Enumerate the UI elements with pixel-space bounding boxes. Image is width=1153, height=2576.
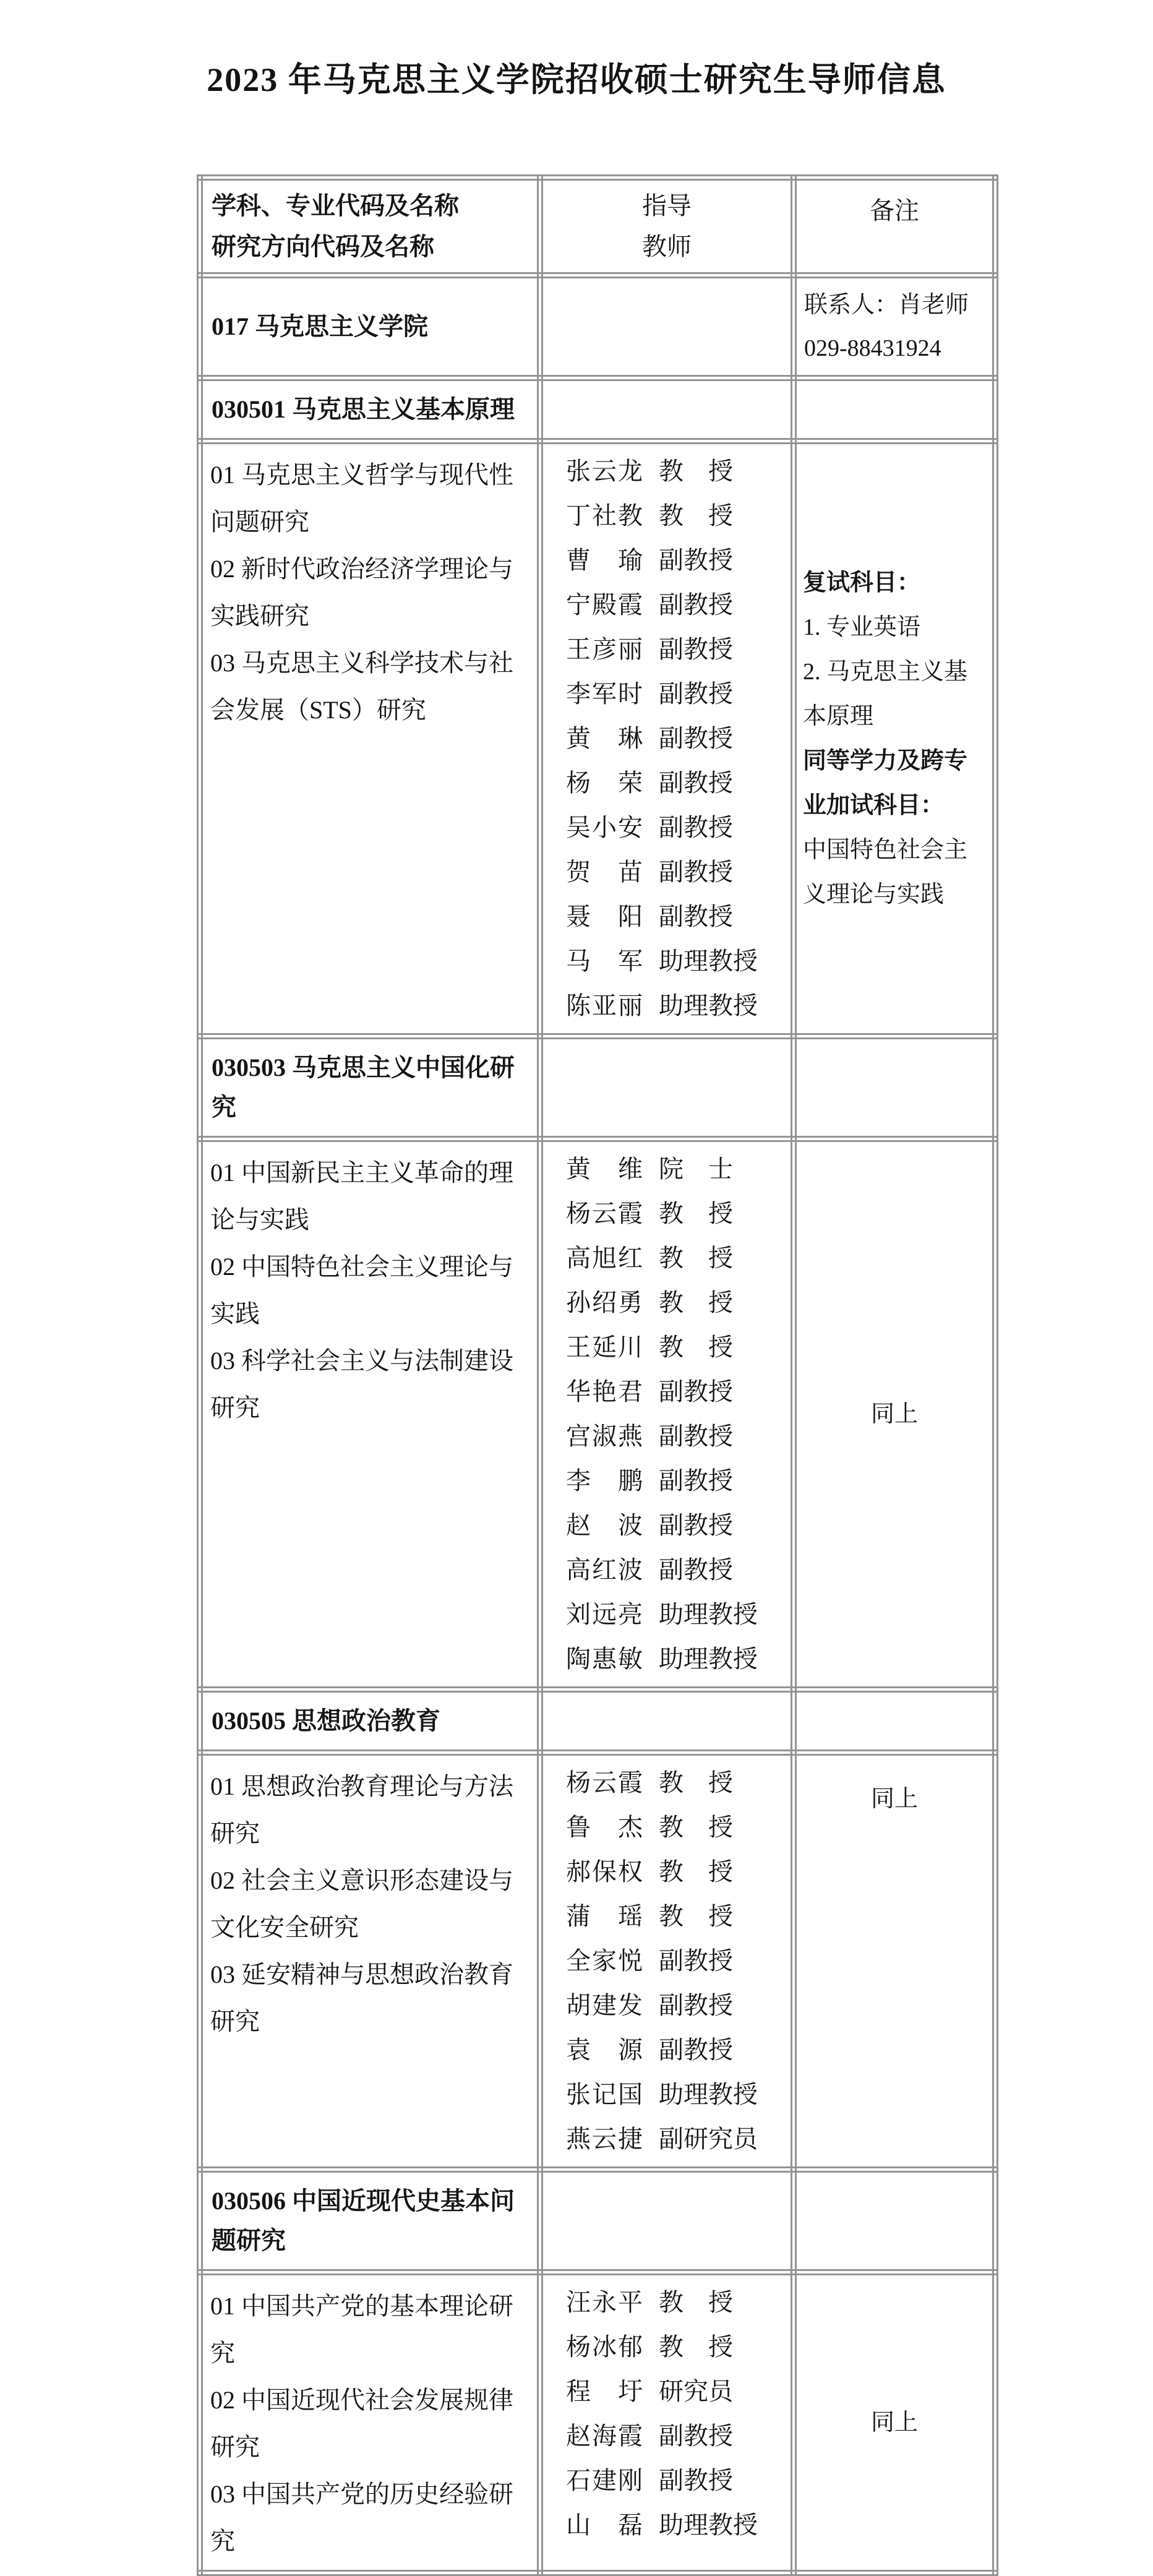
remark-cell: 同上: [794, 1139, 995, 1689]
teacher-title: 副教授: [659, 1459, 768, 1503]
section-empty-remark-cell: [794, 2170, 995, 2272]
remark-line: 2. 马克思主义基本原理: [803, 650, 986, 739]
teacher-line: 程圩研究员: [543, 2369, 791, 2414]
teacher-line: 王彦丽副教授: [543, 627, 791, 672]
teacher-name: 刘远亮: [566, 1592, 643, 1637]
teacher-line: 张云龙教 授: [543, 449, 791, 494]
teacher-title: 教 授: [659, 2280, 768, 2325]
teacher-title: 教 授: [659, 2325, 768, 2369]
teacher-name: 张记国: [566, 2072, 643, 2117]
directions-cell: 01 思想政治教育理论与方法研究02 社会主义意识形态建设与文化安全研究03 延…: [200, 1753, 540, 2170]
college-row: 017 马克思主义学院 联系人：肖老师 029-88431924: [200, 275, 995, 378]
teacher-title: 副教授: [659, 672, 768, 716]
section-code-cell: 030503 马克思主义中国化研究: [200, 1036, 540, 1139]
teacher-line: 宫淑燕副教授: [543, 1414, 791, 1459]
teacher-line: 杨云霞教 授: [543, 1191, 791, 1236]
remark-cell: 同上: [794, 1753, 995, 2170]
teacher-name: 燕云捷: [566, 2117, 643, 2162]
teacher-name: 杨云霞: [566, 1761, 643, 1805]
college-name-cell: 017 马克思主义学院: [200, 275, 540, 378]
section-empty-remark-cell: [794, 1689, 995, 1753]
teacher-line: 鲁杰教 授: [543, 1805, 791, 1850]
teacher-title: 副教授: [659, 538, 768, 583]
teacher-line: 山磊助理教授: [543, 2503, 791, 2548]
teacher-title: 教 授: [659, 1236, 768, 1281]
teachers-cell: 张云龙教 授丁社教教 授曹瑜副教授宁殿霞副教授王彦丽副教授李军时副教授黄琳副教授…: [540, 441, 794, 1036]
teacher-title: 教 授: [659, 494, 768, 538]
teacher-name: 高红波: [566, 1548, 643, 1592]
teacher-title: 副教授: [659, 805, 768, 850]
teacher-line: 高旭红教 授: [543, 1236, 791, 1281]
header-remark-cell: 备注: [794, 178, 995, 275]
teacher-title: 助理教授: [659, 2072, 768, 2117]
teacher-line: 陈亚丽助理教授: [543, 984, 791, 1028]
teacher-title: 教 授: [659, 449, 768, 494]
teacher-line: 曹瑜副教授: [543, 538, 791, 583]
direction-line: 02 社会主义意识形态建设与文化安全研究: [210, 1857, 529, 1951]
header-subject-line1: 学科、专业代码及名称: [212, 186, 529, 226]
section-empty-teacher-cell: [540, 1036, 794, 1139]
teacher-title: 副研究员: [659, 2117, 768, 2162]
teacher-line: 张记国助理教授: [543, 2072, 791, 2117]
teacher-name: 聂阳: [566, 895, 643, 939]
remark-line: 1. 专业英语: [803, 605, 986, 650]
teacher-line: 马军助理教授: [543, 939, 791, 984]
teacher-name: 蒲瑶: [566, 1894, 643, 1939]
teacher-line: 黄维院 士: [543, 1147, 791, 1191]
teacher-line: 聂阳副教授: [543, 895, 791, 939]
teacher-line: 袁源副教授: [543, 2028, 791, 2072]
table-body: 学科、专业代码及名称 研究方向代码及名称 指导 教师 备注 017 马克思主义学…: [200, 178, 995, 2573]
teacher-title: 副教授: [659, 1503, 768, 1548]
teacher-line: 胡建发副教授: [543, 1983, 791, 2028]
teacher-name: 杨云霞: [566, 1191, 643, 1236]
teacher-name: 黄琳: [566, 716, 643, 761]
teacher-name: 袁源: [566, 2028, 643, 2072]
teacher-title: 副教授: [659, 850, 768, 895]
teacher-line: 全家悦副教授: [543, 1939, 791, 1983]
teachers-cell: 黄维院 士杨云霞教 授高旭红教 授孙绍勇教 授王延川教 授华艳君副教授宫淑燕副教…: [540, 1139, 794, 1689]
teacher-name: 陈亚丽: [566, 984, 643, 1028]
teacher-name: 鲁杰: [566, 1805, 643, 1850]
teacher-name: 张云龙: [566, 449, 643, 494]
direction-line: 03 中国共产党的历史经验研究: [210, 2471, 529, 2565]
teacher-line: 郝保权教 授: [543, 1850, 791, 1894]
teacher-name: 贺苗: [566, 850, 643, 895]
teacher-name: 李鹏: [566, 1459, 643, 1503]
section-code-cell: 030505 思想政治教育: [200, 1689, 540, 1753]
teacher-name: 杨荣: [566, 761, 643, 805]
teacher-title: 副教授: [659, 1370, 768, 1414]
teacher-line: 燕云捷副研究员: [543, 2117, 791, 2162]
teacher-title: 教 授: [659, 1325, 768, 1370]
directions-cell: 01 中国新民主主义革命的理论与实践02 中国特色社会主义理论与实践03 科学社…: [200, 1139, 540, 1689]
page-title: 2023 年马克思主义学院招收硕士研究生导师信息: [0, 0, 1153, 101]
teacher-title: 教 授: [659, 1805, 768, 1850]
section-title-row: 030505 思想政治教育: [200, 1689, 995, 1753]
direction-line: 02 新时代政治经济学理论与实践研究: [210, 546, 529, 640]
teacher-name: 黄维: [566, 1147, 643, 1191]
teacher-name: 王彦丽: [566, 627, 643, 672]
direction-line: 02 中国特色社会主义理论与实践: [210, 1243, 529, 1337]
remark-line: 同等学力及跨专业加试科目：: [803, 739, 986, 828]
teacher-name: 华艳君: [566, 1370, 643, 1414]
teachers-cell: 汪永平教 授杨冰郁教 授程圩研究员赵海霞副教授石建刚副教授山磊助理教授: [540, 2272, 794, 2573]
header-teacher-cell: 指导 教师: [540, 178, 794, 275]
table-header-row: 学科、专业代码及名称 研究方向代码及名称 指导 教师 备注: [200, 178, 995, 275]
teacher-line: 陶惠敏助理教授: [543, 1637, 791, 1681]
teacher-title: 副教授: [659, 1983, 768, 2028]
header-subject-cell: 学科、专业代码及名称 研究方向代码及名称: [200, 178, 540, 275]
teacher-name: 山磊: [566, 2503, 643, 2548]
teacher-name: 赵海霞: [566, 2414, 643, 2458]
teacher-line: 贺苗副教授: [543, 850, 791, 895]
teacher-title: 副教授: [659, 583, 768, 627]
college-empty-cell: [540, 275, 794, 378]
teacher-line: 李军时副教授: [543, 672, 791, 716]
teacher-line: 蒲瑶教 授: [543, 1894, 791, 1939]
teacher-title: 副教授: [659, 1548, 768, 1592]
section-content-row: 01 中国共产党的基本理论研究02 中国近现代社会发展规律研究03 中国共产党的…: [200, 2272, 995, 2573]
teacher-title: 教 授: [659, 1850, 768, 1894]
teacher-name: 宫淑燕: [566, 1414, 643, 1459]
section-code-cell: 030501 马克思主义基本原理: [200, 378, 540, 441]
header-subject-line2: 研究方向代码及名称: [212, 226, 529, 267]
teacher-title: 副教授: [659, 2458, 768, 2503]
teacher-title: 教 授: [659, 1761, 768, 1805]
direction-line: 02 中国近现代社会发展规律研究: [210, 2377, 529, 2471]
directions-cell: 01 马克思主义哲学与现代性问题研究02 新时代政治经济学理论与实践研究03 马…: [200, 441, 540, 1036]
remark-line: 同上: [803, 1777, 986, 1821]
teacher-name: 石建刚: [566, 2458, 643, 2503]
college-contact-line: 联系人：肖老师: [804, 283, 985, 327]
header-teacher-line2: 教师: [551, 226, 783, 267]
teacher-name: 王延川: [566, 1325, 643, 1370]
teacher-name: 程圩: [566, 2369, 643, 2414]
teacher-line: 黄琳副教授: [543, 716, 791, 761]
teacher-title: 助理教授: [659, 2503, 768, 2548]
teacher-line: 宁殿霞副教授: [543, 583, 791, 627]
teacher-title: 院 士: [659, 1147, 768, 1191]
teacher-title: 副教授: [659, 761, 768, 805]
teacher-name: 孙绍勇: [566, 1281, 643, 1325]
teacher-title: 教 授: [659, 1281, 768, 1325]
section-title-row: 030501 马克思主义基本原理: [200, 378, 995, 441]
section-empty-teacher-cell: [540, 1689, 794, 1753]
direction-line: 01 马克思主义哲学与现代性问题研究: [210, 452, 529, 546]
teacher-line: 汪永平教 授: [543, 2280, 791, 2325]
college-remark-cell: 联系人：肖老师 029-88431924: [794, 275, 995, 378]
teacher-title: 副教授: [659, 2414, 768, 2458]
teacher-name: 胡建发: [566, 1983, 643, 2028]
direction-line: 03 马克思主义科学技术与社会发展（STS）研究: [210, 640, 529, 734]
teacher-line: 杨荣副教授: [543, 761, 791, 805]
directions-cell: 01 中国共产党的基本理论研究02 中国近现代社会发展规律研究03 中国共产党的…: [200, 2272, 540, 2573]
teacher-line: 杨云霞教 授: [543, 1761, 791, 1805]
teacher-title: 副教授: [659, 1939, 768, 1983]
remark-cell: 复试科目：1. 专业英语2. 马克思主义基本原理同等学力及跨专业加试科目：中国特…: [794, 441, 995, 1036]
teacher-name: 陶惠敏: [566, 1637, 643, 1681]
teacher-title: 副教授: [659, 1414, 768, 1459]
teacher-line: 王延川教 授: [543, 1325, 791, 1370]
teacher-line: 石建刚副教授: [543, 2458, 791, 2503]
teacher-name: 马军: [566, 939, 643, 984]
section-empty-remark-cell: [794, 378, 995, 441]
section-content-row: 01 思想政治教育理论与方法研究02 社会主义意识形态建设与文化安全研究03 延…: [200, 1753, 995, 2170]
section-empty-teacher-cell: [540, 378, 794, 441]
teacher-name: 郝保权: [566, 1850, 643, 1894]
teacher-title: 副教授: [659, 895, 768, 939]
teacher-title: 教 授: [659, 1191, 768, 1236]
teacher-name: 吴小安: [566, 805, 643, 850]
teacher-name: 汪永平: [566, 2280, 643, 2325]
teacher-line: 李鹏副教授: [543, 1459, 791, 1503]
remark-line: 同上: [803, 2400, 986, 2445]
teacher-name: 丁社教: [566, 494, 643, 538]
direction-line: 01 中国新民主主义革命的理论与实践: [210, 1149, 529, 1243]
section-title-row: 030506 中国近现代史基本问题研究: [200, 2170, 995, 2272]
header-teacher-line1: 指导: [551, 186, 783, 226]
teacher-name: 李军时: [566, 672, 643, 716]
section-title-row: 030503 马克思主义中国化研究: [200, 1036, 995, 1139]
direction-line: 01 思想政治教育理论与方法研究: [210, 1763, 529, 1857]
direction-line: 03 科学社会主义与法制建设研究: [210, 1337, 529, 1432]
teacher-title: 副教授: [659, 716, 768, 761]
college-phone-line: 029-88431924: [804, 327, 985, 370]
teacher-title: 助理教授: [659, 1592, 768, 1637]
teacher-name: 赵波: [566, 1503, 643, 1548]
direction-line: 03 延安精神与思想政治教育研究: [210, 1951, 529, 2045]
teacher-title: 教 授: [659, 1894, 768, 1939]
teacher-name: 曹瑜: [566, 538, 643, 583]
section-empty-remark-cell: [794, 1036, 995, 1139]
remark-line: 复试科目：: [803, 560, 986, 605]
teacher-title: 助理教授: [659, 1637, 768, 1681]
teacher-line: 吴小安副教授: [543, 805, 791, 850]
teacher-line: 赵海霞副教授: [543, 2414, 791, 2458]
teacher-line: 丁社教教 授: [543, 494, 791, 538]
section-code-cell: 030506 中国近现代史基本问题研究: [200, 2170, 540, 2272]
teacher-line: 刘远亮助理教授: [543, 1592, 791, 1637]
section-content-row: 01 中国新民主主义革命的理论与实践02 中国特色社会主义理论与实践03 科学社…: [200, 1139, 995, 1689]
remark-cell: 同上: [794, 2272, 995, 2573]
teacher-line: 杨冰郁教 授: [543, 2325, 791, 2369]
teacher-name: 全家悦: [566, 1939, 643, 1983]
teacher-line: 华艳君副教授: [543, 1370, 791, 1414]
section-empty-teacher-cell: [540, 2170, 794, 2272]
teacher-name: 宁殿霞: [566, 583, 643, 627]
remark-line: 中国特色社会主义理论与实践: [803, 828, 986, 917]
teacher-title: 助理教授: [659, 939, 768, 984]
teacher-line: 高红波副教授: [543, 1548, 791, 1592]
teacher-title: 助理教授: [659, 984, 768, 1028]
direction-line: 01 中国共产党的基本理论研究: [210, 2283, 529, 2377]
section-content-row: 01 马克思主义哲学与现代性问题研究02 新时代政治经济学理论与实践研究03 马…: [200, 441, 995, 1036]
teacher-name: 杨冰郁: [566, 2325, 643, 2369]
advisor-table: 学科、专业代码及名称 研究方向代码及名称 指导 教师 备注 017 马克思主义学…: [197, 174, 998, 2576]
teacher-line: 赵波副教授: [543, 1503, 791, 1548]
teacher-name: 高旭红: [566, 1236, 643, 1281]
teacher-title: 研究员: [659, 2369, 768, 2414]
teacher-title: 副教授: [659, 2028, 768, 2072]
remark-line: 同上: [803, 1392, 986, 1436]
teacher-title: 副教授: [659, 627, 768, 672]
teacher-line: 孙绍勇教 授: [543, 1281, 791, 1325]
teachers-cell: 杨云霞教 授鲁杰教 授郝保权教 授蒲瑶教 授全家悦副教授胡建发副教授袁源副教授张…: [540, 1753, 794, 2170]
